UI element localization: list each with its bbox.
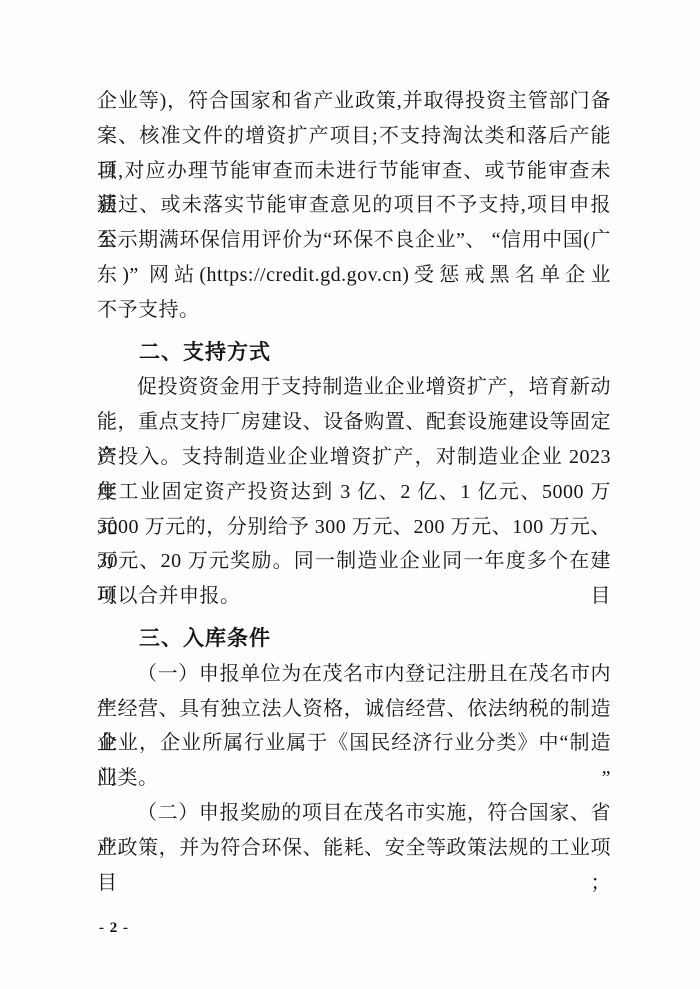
body-line: 万元、20 万元奖励。同一制造业企业同一年度多个在建项目 xyxy=(97,544,611,579)
section-heading-entry-conditions: 三、入库条件 xyxy=(97,622,611,657)
body-line: 度工业固定资产投资达到 3 亿、2 亿、1 亿元、5000 万元、 xyxy=(97,475,611,510)
body-line: 业政策，并为符合环保、能耗、安全等政策法规的工业项目； xyxy=(97,831,611,866)
body-line: 企业等)，符合国家和省产业政策,并取得投资主管部门备 xyxy=(97,84,611,119)
body-line: 案、核准文件的增资扩产项目;不支持淘汰类和落后产能项 xyxy=(97,119,611,154)
body-line: 产经营、具有独立法人资格，诚信经营、依法纳税的制造业 xyxy=(97,692,611,727)
document-body: 企业等)，符合国家和省产业政策,并取得投资主管部门备 案、核准文件的增资扩产项目… xyxy=(97,84,611,866)
page-number: - 2 - xyxy=(99,920,129,937)
body-line: 产投入。支持制造业企业增资扩产，对制造业企业 2023 年 xyxy=(97,440,611,475)
body-line: 目,对应办理节能审查而未进行节能审查、或节能审查未获 xyxy=(97,154,611,189)
body-line: 3000 万元的，分别给予 300 万元、200 万元、100 万元、30 xyxy=(97,510,611,545)
paragraph-first-line: （一）申报单位为在茂名市内登记注册且在茂名市内生 xyxy=(97,657,611,692)
body-line: 东)” 网站(https://credit.gd.gov.cn)受惩戒黑名单企业 xyxy=(97,258,611,293)
document-page: 企业等)，符合国家和省产业政策,并取得投资主管部门备 案、核准文件的增资扩产项目… xyxy=(0,0,700,989)
body-line: 通过、或未落实节能审查意见的项目不予支持,项目申报至 xyxy=(97,188,611,223)
body-line: 公示期满环保信用评价为“环保不良企业”、 “信用中国(广 xyxy=(97,223,611,258)
section-heading-support-method: 二、支持方式 xyxy=(97,336,611,371)
body-line: 能，重点支持厂房建设、设备购置、配套设施建设等固定资 xyxy=(97,405,611,440)
body-line: 不予支持。 xyxy=(97,293,611,328)
paragraph-first-line: 促投资资金用于支持制造业企业增资扩产，培育新动 xyxy=(97,370,611,405)
body-line: 企业，企业所属行业属于《国民经济行业分类》中“制造业” xyxy=(97,726,611,761)
paragraph-first-line: （二）申报奖励的项目在茂名市实施，符合国家、省产 xyxy=(97,796,611,831)
